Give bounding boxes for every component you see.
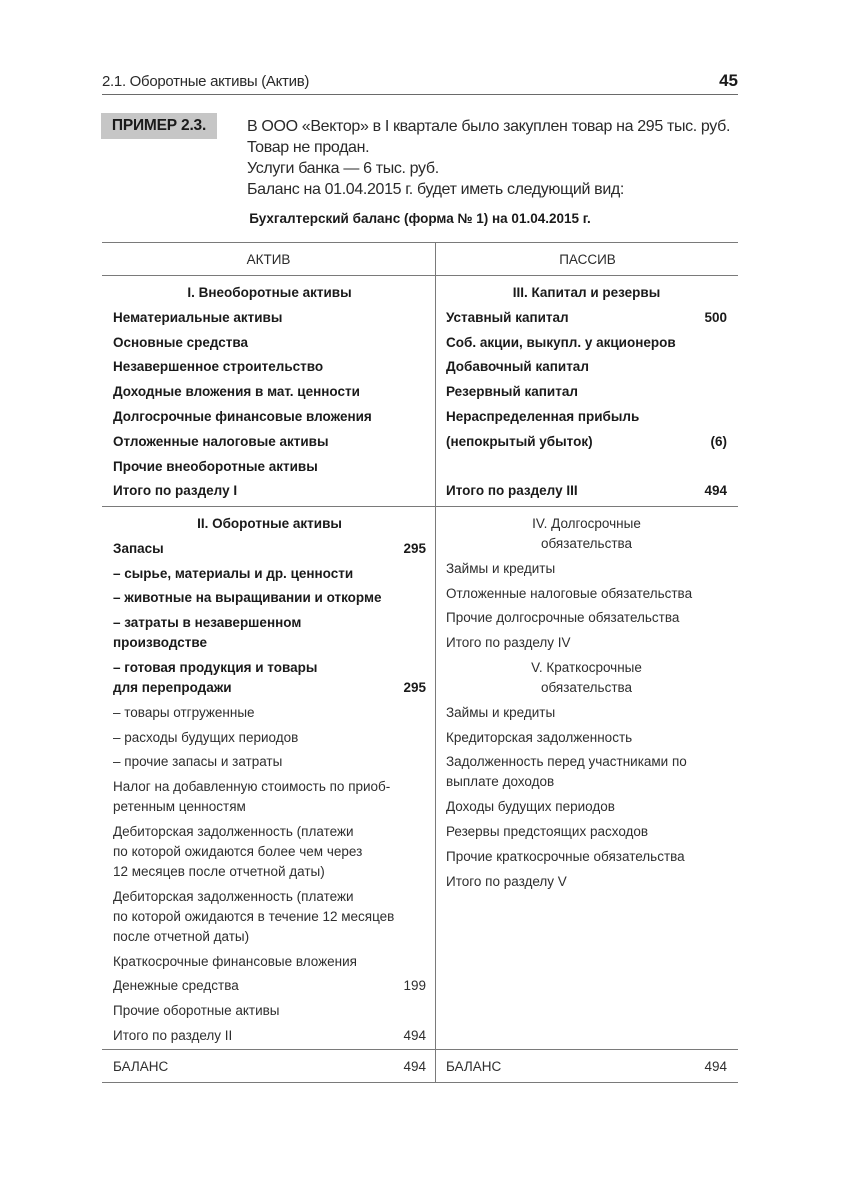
row-label: Итого по разделу V (446, 872, 697, 892)
table-row: Прочие оборотные активы (113, 1001, 426, 1021)
section-title: IV. Долгосрочные обязательства (446, 514, 727, 554)
row-label: БАЛАНС (446, 1057, 697, 1077)
table-row: Уставный капитал500 (446, 308, 727, 328)
row-value: 494 (697, 481, 727, 501)
row-label: Незавершенное строительство (113, 357, 396, 377)
row-label: Итого по разделу IV (446, 633, 697, 653)
row-list: Нематериальные активыОсновные средстваНе… (113, 308, 426, 502)
table-row: Долгосрочные финансовые вложения (113, 407, 426, 427)
table-top-rule (102, 242, 738, 243)
table-row: Займы и кредиты (446, 559, 727, 579)
row-value: 295 (396, 678, 426, 698)
example-text: В ООО «Вектор» в I квартале было закупле… (247, 116, 730, 200)
example-badge: ПРИМЕР 2.3. (101, 113, 217, 139)
table-row: Задолженность перед участниками по выпла… (446, 752, 727, 792)
section-title: I. Внеоборотные активы (113, 283, 426, 303)
table-row: Соб. акции, выкупл. у акционеров (446, 333, 727, 353)
section-title: V. Краткосрочные обязательства (446, 658, 727, 698)
table-row: – готовая продукция и товары для перепро… (113, 658, 426, 698)
table-row: – расходы будущих периодов (113, 728, 426, 748)
column-divider (435, 242, 436, 1082)
table-row: Резервный капитал (446, 382, 727, 402)
running-head: 2.1. Оборотные активы (Актив) 45 (102, 72, 738, 95)
section2-liability: IV. Долгосрочные обязательства Займы и к… (446, 514, 727, 896)
table-row: – затраты в незавершенном производстве (113, 613, 426, 653)
table-bottom-rule (102, 1082, 738, 1083)
row-list: Уставный капитал500Соб. акции, выкупл. у… (446, 308, 727, 502)
row-label: Дебиторская задолженность (платежи по ко… (113, 822, 396, 882)
row-label: Долгосрочные финансовые вложения (113, 407, 396, 427)
row-label: Резервы предстоящих расходов (446, 822, 697, 842)
row-label: (непокрытый убыток) (446, 432, 697, 452)
row-label: Прочие внеоборотные активы (113, 457, 396, 477)
table-row: БАЛАНС 494 (446, 1057, 727, 1077)
table-row: – товары отгруженные (113, 703, 426, 723)
section2-asset: II. Оборотные активы Запасы295– сырье, м… (113, 514, 426, 1051)
example-line: Баланс на 01.04.2015 г. будет иметь след… (247, 179, 730, 200)
row-label: Прочие краткосрочные обязательства (446, 847, 697, 867)
row-label: – сырье, материалы и др. ценности (113, 564, 396, 584)
table-row: Займы и кредиты (446, 703, 727, 723)
row-label: – прочие запасы и затраты (113, 752, 396, 772)
header-liability: ПАССИВ (437, 252, 738, 267)
table-row: Незавершенное строительство (113, 357, 426, 377)
row-label: Дебиторская задолженность (платежи по ко… (113, 887, 396, 947)
row-list: Займы и кредитыКредиторская задолженност… (446, 703, 727, 892)
row-label: Уставный капитал (446, 308, 697, 328)
table-row: (непокрытый убыток)(6) (446, 432, 727, 452)
table-row: Нематериальные активы (113, 308, 426, 328)
table-row: Нераспределенная прибыль (446, 407, 727, 427)
row-label: Отложенные налоговые активы (113, 432, 396, 452)
row-label: Задолженность перед участниками по выпла… (446, 752, 697, 792)
table-caption: Бухгалтерский баланс (форма № 1) на 01.0… (102, 211, 738, 226)
table-row: Денежные средства199 (113, 976, 426, 996)
page-number: 45 (719, 71, 738, 91)
table-row: Итого по разделу V (446, 872, 727, 892)
row-label: Денежные средства (113, 976, 396, 996)
table-row: Краткосрочные финансовые вложения (113, 952, 426, 972)
table-row: Доходные вложения в мат. ценности (113, 382, 426, 402)
row-label: Доходные вложения в мат. ценности (113, 382, 396, 402)
example-line: Услуги банка — 6 тыс. руб. (247, 158, 730, 179)
table-row: Итого по разделу I (113, 481, 426, 501)
table-row: Итого по разделу IV (446, 633, 727, 653)
table-row: Резервы предстоящих расходов (446, 822, 727, 842)
row-list: Запасы295– сырье, материалы и др. ценнос… (113, 539, 426, 1046)
row-label: Основные средства (113, 333, 396, 353)
table-row: Итого по разделу II494 (113, 1026, 426, 1046)
header-rule (102, 275, 738, 276)
row-label: Нераспределенная прибыль (446, 407, 697, 427)
row-label: Займы и кредиты (446, 559, 697, 579)
table-row: Отложенные налоговые обязательства (446, 584, 727, 604)
total-asset: БАЛАНС 494 (113, 1057, 426, 1082)
table-row: Запасы295 (113, 539, 426, 559)
row-value: 199 (396, 976, 426, 996)
row-label: – готовая продукция и товары для перепро… (113, 658, 396, 698)
row-label: БАЛАНС (113, 1057, 396, 1077)
example-line: Товар не продан. (247, 137, 730, 158)
table-row: – прочие запасы и затраты (113, 752, 426, 772)
row-label: Прочие долгосрочные обязательства (446, 608, 697, 628)
table-row: – животные на выращивании и откорме (113, 588, 426, 608)
section-title: III. Капитал и резервы (446, 283, 727, 303)
table-row: Прочие краткосрочные обязательства (446, 847, 727, 867)
row-value: 500 (697, 308, 727, 328)
table-row: – сырье, материалы и др. ценности (113, 564, 426, 584)
table-row: Отложенные налоговые активы (113, 432, 426, 452)
row-list: Займы и кредитыОтложенные налоговые обяз… (446, 559, 727, 653)
row-label: – животные на выращивании и откорме (113, 588, 396, 608)
row-label: Налог на добавленную стоимость по приоб-… (113, 777, 396, 817)
table-row: Дебиторская задолженность (платежи по ко… (113, 822, 426, 882)
row-label: Итого по разделу II (113, 1026, 396, 1046)
row-label: Добавочный капитал (446, 357, 697, 377)
row-label: – затраты в незавершенном производстве (113, 613, 396, 653)
row-value: 494 (396, 1057, 426, 1077)
row-label: Займы и кредиты (446, 703, 697, 723)
section-title: II. Оборотные активы (113, 514, 426, 534)
section1-liability: III. Капитал и резервы Уставный капитал5… (446, 283, 727, 506)
example-line: В ООО «Вектор» в I квартале было закупле… (247, 116, 730, 137)
row-value: (6) (697, 432, 727, 452)
row-value: 494 (396, 1026, 426, 1046)
table-row: БАЛАНС 494 (113, 1057, 426, 1077)
row-label: Итого по разделу I (113, 481, 396, 501)
row-label: – товары отгруженные (113, 703, 396, 723)
table-row: Кредиторская задолженность (446, 728, 727, 748)
table-row: Прочие внеоборотные активы (113, 457, 426, 477)
total-liability: БАЛАНС 494 (446, 1057, 727, 1082)
row-label: Резервный капитал (446, 382, 697, 402)
row-label: Прочие оборотные активы (113, 1001, 396, 1021)
empty-row (446, 457, 727, 482)
row-label: – расходы будущих периодов (113, 728, 396, 748)
table-row: Налог на добавленную стоимость по приоб-… (113, 777, 426, 817)
row-value: 295 (396, 539, 426, 559)
row-label: Нематериальные активы (113, 308, 396, 328)
row-label: Краткосрочные финансовые вложения (113, 952, 396, 972)
row-label: Соб. акции, выкупл. у акционеров (446, 333, 697, 353)
section1-asset: I. Внеоборотные активы Нематериальные ак… (113, 283, 426, 506)
header-asset: АКТИВ (102, 252, 435, 267)
row-value: 494 (697, 1057, 727, 1077)
row-label: Отложенные налоговые обязательства (446, 584, 697, 604)
table-row: Итого по разделу III494 (446, 481, 727, 501)
chapter-title: 2.1. Оборотные активы (Актив) (102, 73, 309, 90)
table-row: Прочие долгосрочные обязательства (446, 608, 727, 628)
table-row: Добавочный капитал (446, 357, 727, 377)
table-row: Доходы будущих периодов (446, 797, 727, 817)
table-row: Дебиторская задолженность (платежи по ко… (113, 887, 426, 947)
table-row: Основные средства (113, 333, 426, 353)
row-label: Запасы (113, 539, 396, 559)
row-label: Итого по разделу III (446, 481, 697, 501)
row-label: Доходы будущих периодов (446, 797, 697, 817)
row-label: Кредиторская задолженность (446, 728, 697, 748)
